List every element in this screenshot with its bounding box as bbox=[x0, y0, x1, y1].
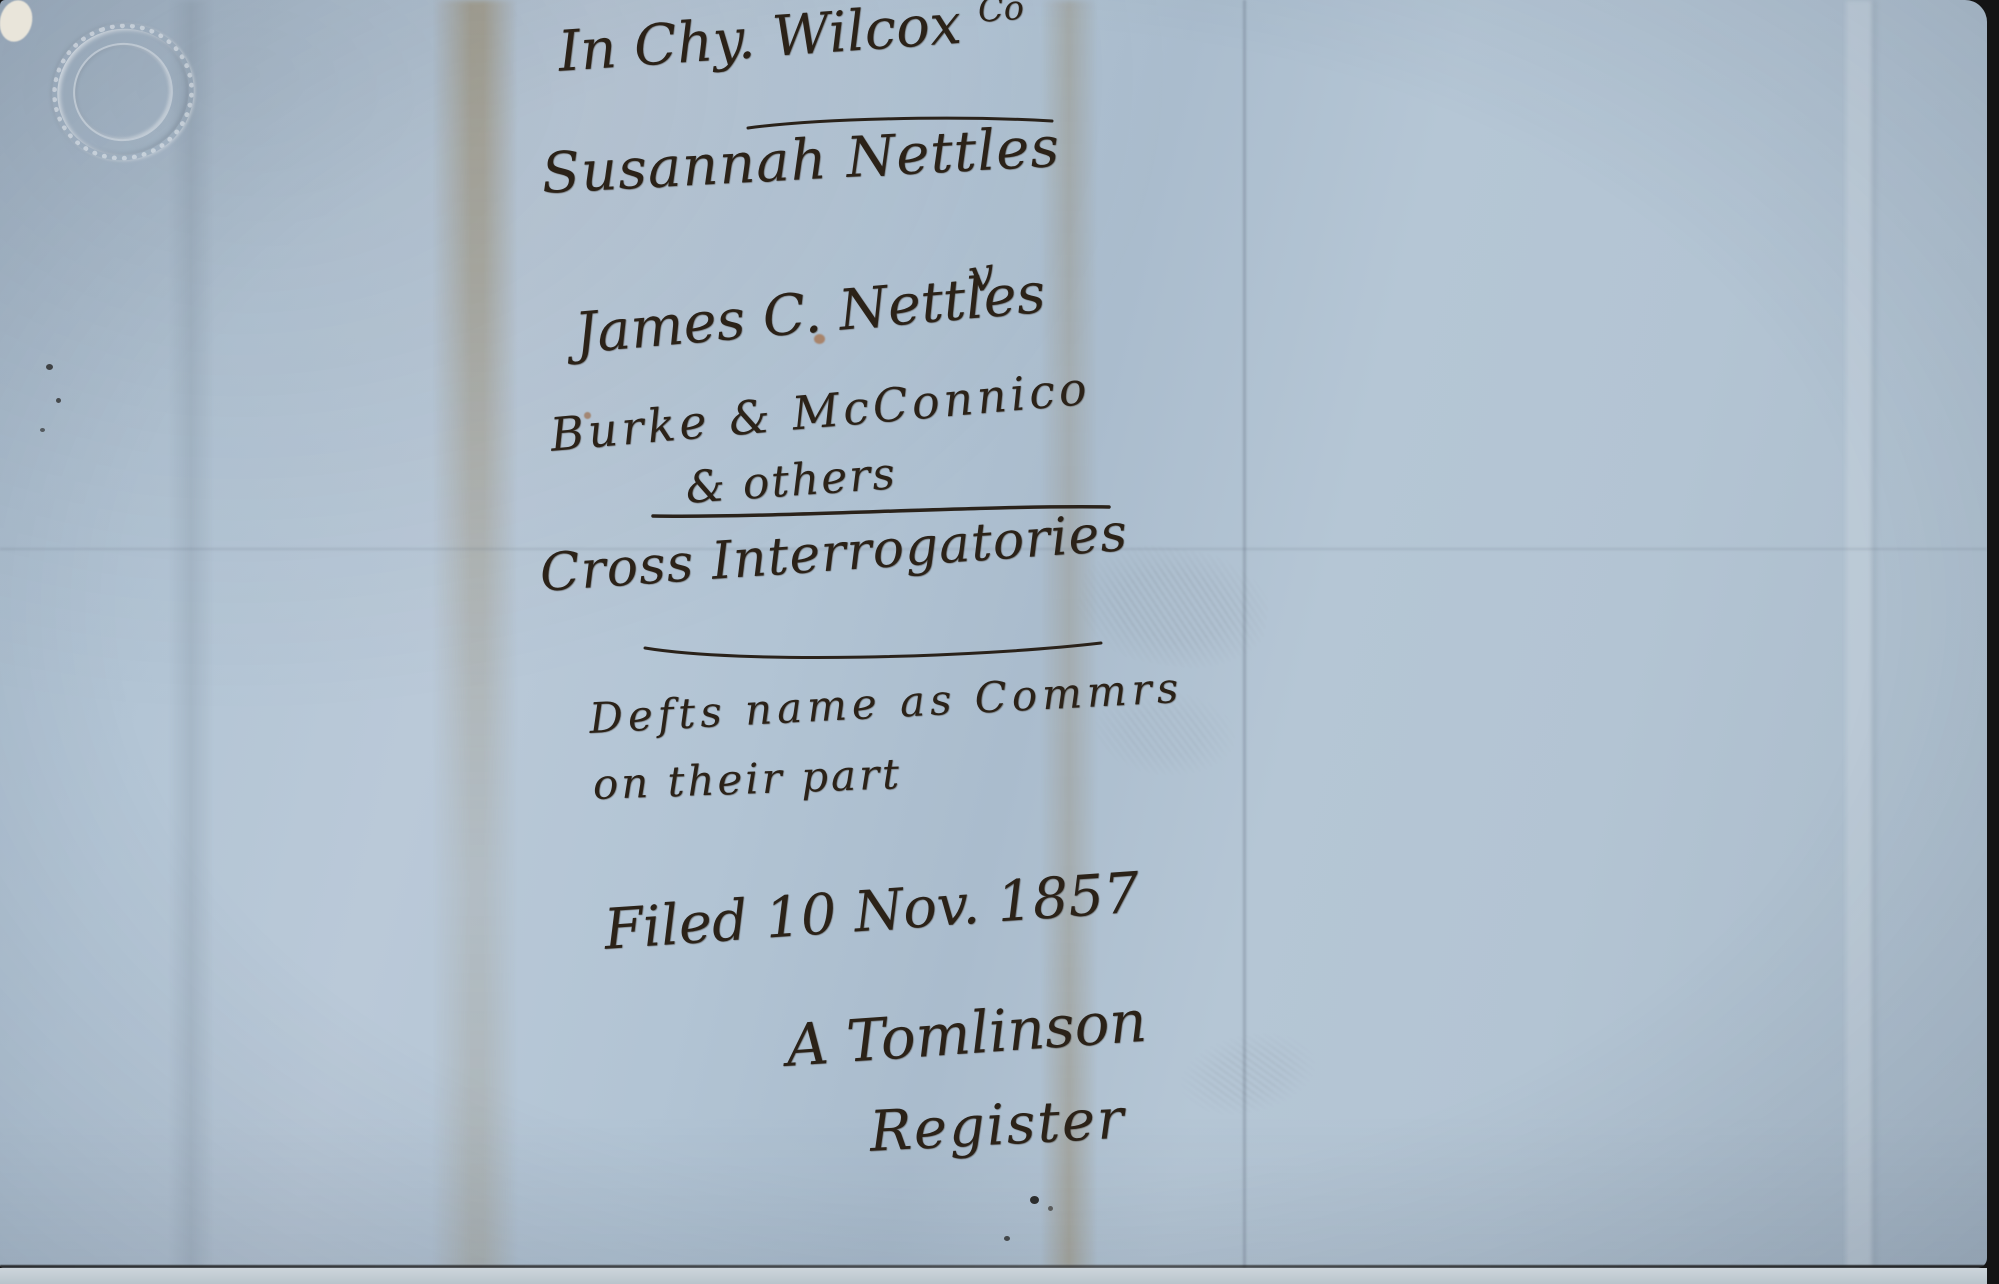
fold-crease-right bbox=[1846, 0, 1872, 1268]
scanned-document: In Chy. Wilcox Co Susannah Nettles v Jam… bbox=[0, 0, 1999, 1284]
ink-blot bbox=[1048, 1206, 1053, 1211]
court-county-abbr: Co bbox=[977, 0, 1026, 30]
register-title: Register bbox=[868, 1087, 1127, 1165]
paper-sheet: In Chy. Wilcox Co Susannah Nettles v Jam… bbox=[0, 0, 1987, 1268]
ink-speck bbox=[40, 428, 45, 432]
ink-flourish-under-title bbox=[642, 638, 1104, 668]
fold-crease-stained-left bbox=[432, 0, 518, 1268]
embossed-seal-inner-ring bbox=[60, 30, 185, 154]
ink-blot bbox=[1030, 1196, 1039, 1204]
paper-shading bbox=[0, 0, 1987, 1268]
show-through-smudge bbox=[1086, 682, 1243, 785]
ink-speck bbox=[56, 398, 61, 403]
fold-crease-left-edge bbox=[168, 0, 214, 1268]
ink-blot bbox=[1004, 1236, 1010, 1241]
rust-stain-spot bbox=[814, 334, 825, 344]
paper-under-edge bbox=[0, 1268, 1987, 1284]
rust-stain-spot bbox=[584, 412, 591, 419]
ink-speck bbox=[46, 364, 53, 370]
